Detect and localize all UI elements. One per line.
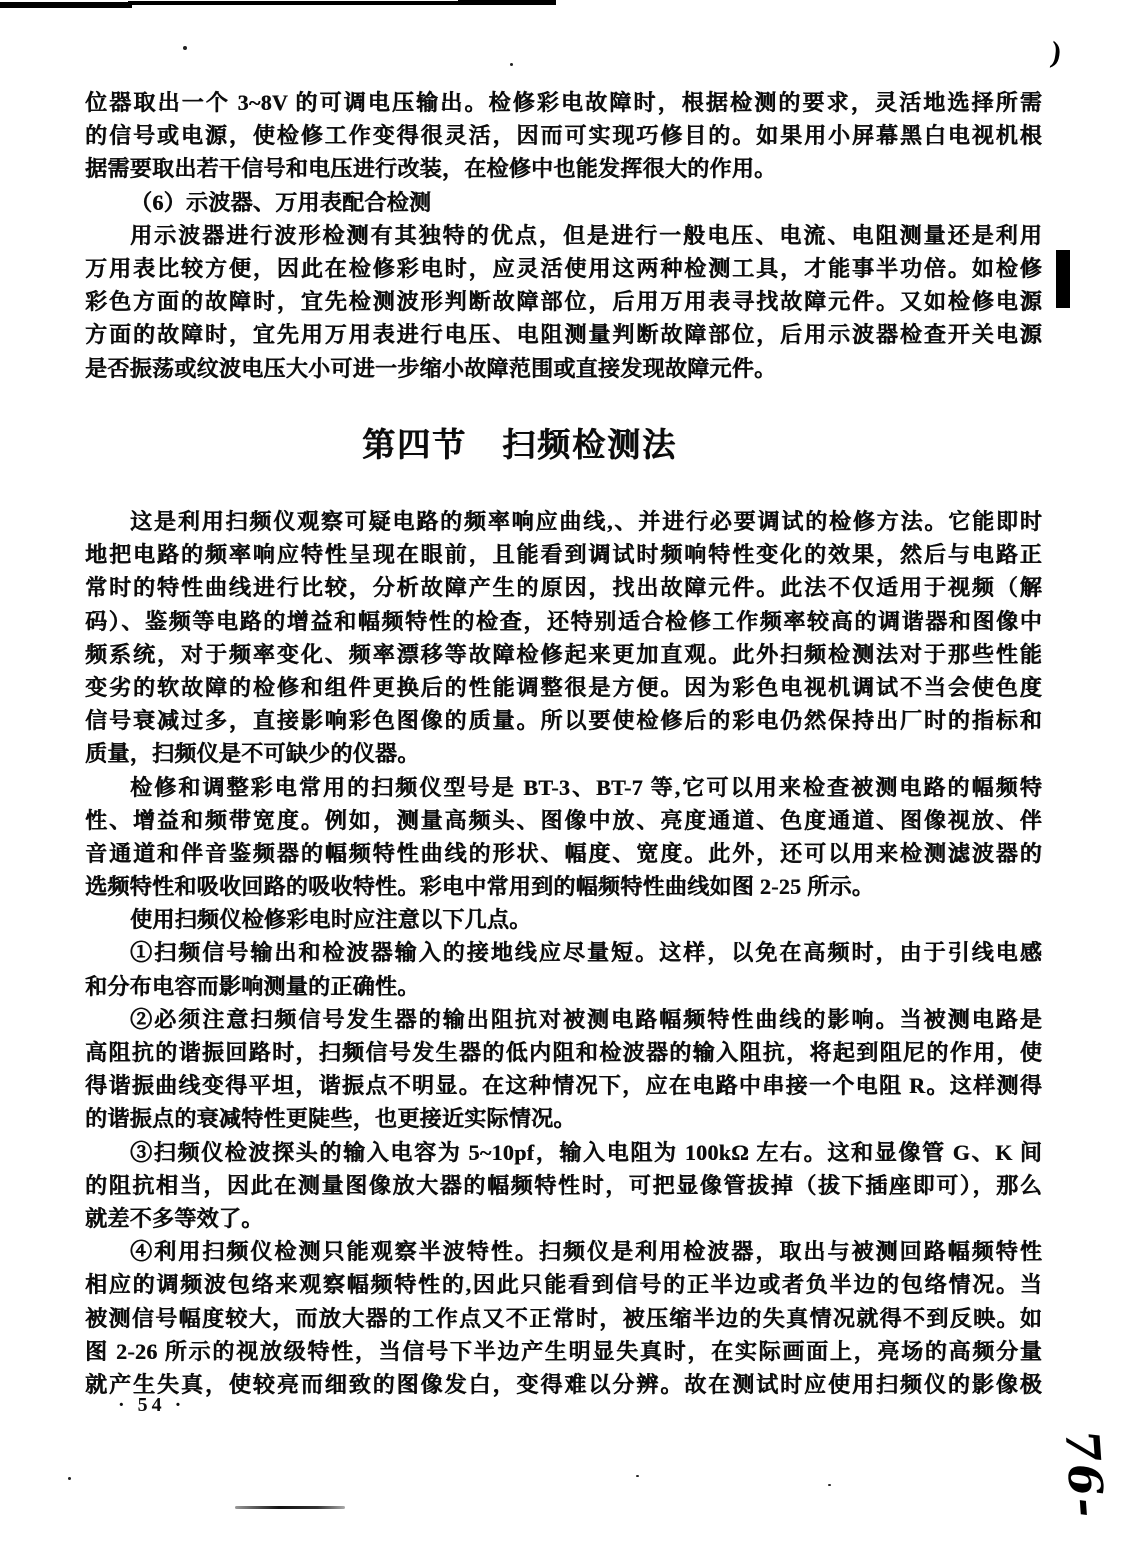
text-line: 性、增益和频带宽度。例如，测量高频头、图像中放、亮度通道、色度通道、图像视放、伴 bbox=[85, 804, 1042, 837]
scan-speck bbox=[828, 1484, 831, 1486]
text-line: 得谐振曲线变得平坦，谐振点不明显。在这种情况下，应在电路中串接一个电阻 R。这样… bbox=[85, 1069, 1042, 1102]
text-line: 质量，扫频仪是不可缺少的仪器。 bbox=[85, 737, 1042, 770]
stray-paren-mark: ) bbox=[1049, 35, 1064, 70]
text-line: 就产生失真，使较亮而细致的图像发白，变得难以分辨。故在测试时应使用扫频仪的影像极 bbox=[85, 1368, 1042, 1401]
scan-speck bbox=[510, 63, 513, 66]
scan-smudge bbox=[235, 1506, 345, 1509]
text-line: 据需要取出若干信号和电压进行改装，在检修中也能发挥很大的作用。 bbox=[85, 152, 1042, 185]
text-line: 地把电路的频率响应特性呈现在眼前，且能看到调试时频响特性变化的效果，然后与电路正 bbox=[85, 538, 1042, 571]
text-line: 是否振荡或纹波电压大小可进一步缩小故障范围或直接发现故障元件。 bbox=[85, 352, 1042, 385]
text-line: 检修和调整彩电常用的扫频仪型号是 BT-3、BT-7 等,它可以用来检查被测电路… bbox=[85, 771, 1042, 804]
text-line: 彩色方面的故障时，宜先检测波形判断故障部位，后用万用表寻找故障元件。又如检修电源 bbox=[85, 285, 1042, 318]
text-line: 高阻抗的谐振回路时，扫频信号发生器的低内阻和检波器的输入阻抗，将起到阻尼的作用，… bbox=[85, 1036, 1042, 1069]
text-line: 音通道和伴音鉴频器的幅频特性曲线的形状、幅度、宽度。此外，还可以用来检测滤波器的 bbox=[85, 837, 1042, 870]
text-line: ②必须注意扫频信号发生器的输出阻抗对被测电路幅频特性曲线的影响。当被测电路是 bbox=[85, 1003, 1042, 1036]
text-line: 方面的故障时，宜先用万用表进行电压、电阻测量判断故障部位，后用示波器检查开关电源 bbox=[85, 318, 1042, 351]
scan-artifact-top-bar bbox=[128, 1, 460, 5]
handwritten-number: 76- bbox=[1036, 1427, 1122, 1503]
page-number: · 54 · bbox=[118, 1394, 185, 1417]
scan-artifact-top-bar bbox=[0, 2, 132, 8]
text-line: 就差不多等效了。 bbox=[85, 1202, 1042, 1235]
text-line: 相应的调频波包络来观察幅频特性的,因此只能看到信号的正半边或者负半边的包络情况。… bbox=[85, 1268, 1042, 1301]
text-line: 位器取出一个 3~8V 的可调电压输出。检修彩电故障时，根据检测的要求，灵活地选… bbox=[85, 86, 1042, 119]
scan-speck bbox=[68, 1477, 71, 1480]
text-line: 频系统，对于频率变化、频率漂移等故障检修起来更加直观。此外扫频检测法对于那些性能 bbox=[85, 638, 1042, 671]
text-line: 变劣的软故障的检修和组件更换后的性能调整很是方便。因为彩色电视机调试不当会使色度 bbox=[85, 671, 1042, 704]
scan-artifact-right-mark bbox=[1056, 250, 1070, 308]
text-line: 的阻抗相当，因此在测量图像放大器的幅频特性时，可把显像管拔掉（拔下插座即可），那… bbox=[85, 1169, 1042, 1202]
text-line: 信号衰减过多，直接影响彩色图像的质量。所以要使检修后的彩电仍然保持出厂时的指标和 bbox=[85, 704, 1042, 737]
text-line: （6）示波器、万用表配合检测 bbox=[85, 186, 1042, 219]
scan-artifact-top-bar bbox=[458, 0, 556, 5]
scan-speck bbox=[636, 1475, 639, 1477]
text-line: ③扫频仪检波探头的输入电容为 5~10pf，输入电阻为 100kΩ 左右。这和显… bbox=[85, 1136, 1042, 1169]
text-line: 万用表比较方便，因此在检修彩电时，应灵活使用这两种检测工具，才能事半功倍。如检修 bbox=[85, 252, 1042, 285]
text-line: ④利用扫频仪检测只能观察半波特性。扫频仪是利用检波器，取出与被测回路幅频特性 bbox=[85, 1235, 1042, 1268]
text-line: 和分布电容而影响测量的正确性。 bbox=[85, 970, 1042, 1003]
text-line: 码）、鉴频等电路的增益和幅频特性的检查，还特别适合检修工作频率较高的调谐器和图像… bbox=[85, 605, 1042, 638]
section-heading: 第四节 扫频检测法 bbox=[41, 419, 998, 466]
text-line: ①扫频信号输出和检波器输入的接地线应尽量短。这样，以免在高频时，由于引线电感 bbox=[85, 936, 1042, 969]
text-line: 选频特性和吸收回路的吸收特性。彩电中常用到的幅频特性曲线如图 2-25 所示。 bbox=[85, 870, 1042, 903]
scan-speck bbox=[183, 46, 187, 50]
text-line: 这是利用扫频仪观察可疑电路的频率响应曲线,、并进行必要调试的检修方法。它能即时 bbox=[85, 505, 1042, 538]
text-line: 被测信号幅度较大，而放大器的工作点又不正常时，被压缩半边的失真情况就得不到反映。… bbox=[85, 1302, 1042, 1335]
text-line: 图 2-26 所示的视放级特性，当信号下半边产生明显失真时，在实际画面上，亮场的… bbox=[85, 1335, 1042, 1368]
text-line: 的信号或电源，使检修工作变得很灵活，因而可实现巧修目的。如果用小屏幕黑白电视机根 bbox=[85, 119, 1042, 152]
paragraph-block-body: 这是利用扫频仪观察可疑电路的频率响应曲线,、并进行必要调试的检修方法。它能即时地… bbox=[85, 505, 1042, 1401]
text-line: 用示波器进行波形检测有其独特的优点，但是进行一般电压、电流、电阻测量还是利用 bbox=[85, 219, 1042, 252]
text-line: 的谐振点的衰减特性更陡些，也更接近实际情况。 bbox=[85, 1102, 1042, 1135]
scanned-book-page: ) 位器取出一个 3~8V 的可调电压输出。检修彩电故障时，根据检测的要求，灵活… bbox=[0, 0, 1122, 1568]
text-line: 常时的特性曲线进行比较，分析故障产生的原因，找出故障元件。此法不仅适用于视频（解 bbox=[85, 571, 1042, 604]
text-line: 使用扫频仪检修彩电时应注意以下几点。 bbox=[85, 903, 1042, 936]
paragraph-block-top: 位器取出一个 3~8V 的可调电压输出。检修彩电故障时，根据检测的要求，灵活地选… bbox=[85, 86, 1042, 385]
